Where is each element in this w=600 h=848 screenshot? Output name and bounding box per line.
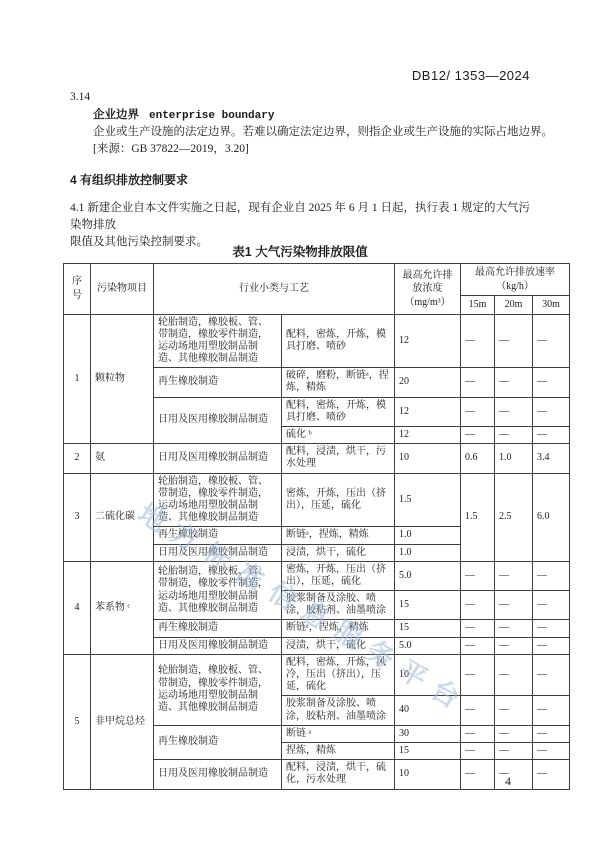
table-body-cell: — xyxy=(533,760,570,789)
table-body-cell: 10 xyxy=(395,654,461,696)
table-body-cell: 断链ᵃ，捏炼，精炼 xyxy=(282,620,395,637)
table-body-row: 1颗粒物轮胎制造，橡胶板、管、带制造，橡胶零件制造，运动场地用塑胶制品制造、其他… xyxy=(64,314,570,368)
table-title: 表1 大气污染物排放限值 xyxy=(0,242,600,260)
table-body-cell: — xyxy=(461,561,495,590)
table-body-cell: 4 xyxy=(64,561,91,654)
table-body-cell: — xyxy=(461,314,495,368)
table-body-cell: — xyxy=(495,696,533,725)
table-body-row: 2氨日用及医用橡胶制品制造配料，浸渍，烘干，污水处理100.61.03.4 xyxy=(64,444,570,473)
page-number: 4 xyxy=(505,774,511,789)
table-body-cell: 1 xyxy=(64,314,91,444)
table-body-cell: 2.5 xyxy=(495,473,533,561)
table-body-cell: 5.0 xyxy=(395,561,461,590)
table-body-cell: 15 xyxy=(395,742,461,759)
table-body-cell: 再生橡胶制造 xyxy=(154,620,282,637)
table-body-cell: 捏炼，精炼 xyxy=(282,742,395,759)
table-body-cell: 再生橡胶制造 xyxy=(154,368,282,397)
table-header-cell: 最高允许排放速率 （kg/h） xyxy=(461,264,570,296)
term-definition: 企业或生产设施的法定边界。若难以确定法定边界，则指企业或生产设施的实际占地边界。 xyxy=(93,123,553,139)
limits-table-body: 序号污染物项目行业小类与工艺最高允许排 放浓度 （mg/m³）最高允许排放速率 … xyxy=(64,264,570,790)
table-body-cell: — xyxy=(495,561,533,590)
table-body-cell: 配料，浸渍，烘干，硫化，污水处理 xyxy=(282,760,395,789)
table-body-cell: — xyxy=(461,427,495,444)
doc-number: DB12/ 1353—2024 xyxy=(412,68,530,83)
table-body-cell: 1.0 xyxy=(395,544,461,561)
table-header-cell: 序号 xyxy=(64,264,91,315)
table-header-cell: 20m xyxy=(495,296,533,315)
table-body-cell: 二硫化碳 xyxy=(91,473,154,561)
table-body-row: 5非甲烷总烃轮胎制造，橡胶板、管、带制造，橡胶零件制造，运动场地用塑胶制品制造、… xyxy=(64,654,570,696)
table-body-cell: 6.0 xyxy=(533,473,570,561)
document-page: DB12/ 1353—2024 3.14 企业边界enterprise boun… xyxy=(0,0,600,848)
table-body-cell: 1.5 xyxy=(395,473,461,527)
table-body-cell: — xyxy=(461,696,495,725)
table-body-cell: — xyxy=(461,397,495,426)
table-body-cell: — xyxy=(461,760,495,789)
table-body-cell: — xyxy=(461,725,495,742)
table-body-cell: 断链 ᵃ xyxy=(282,725,395,742)
table-body-cell: 浸渍，烘干，硫化 xyxy=(282,637,395,654)
table-body-cell: — xyxy=(461,591,495,620)
table-body-cell: 密炼，开炼，压出（挤出），压延，硫化 xyxy=(282,561,395,590)
table-body-cell: — xyxy=(533,368,570,397)
table-body-cell: — xyxy=(495,314,533,368)
table-body-cell: 配料，密炼，开炼，模具打磨、喷砂 xyxy=(282,397,395,426)
table-body-cell: 再生橡胶制造 xyxy=(154,527,282,544)
table-body-cell: 配料，密炼，开炼，模具打磨、喷砂 xyxy=(282,314,395,368)
table-body-cell: 12 xyxy=(395,427,461,444)
source-note: [来源：GB 37822—2019，3.20] xyxy=(93,140,249,156)
table-body-cell: 1.0 xyxy=(395,527,461,544)
table-header-cell: 15m xyxy=(461,296,495,315)
table-body-cell: 日用及医用橡胶制品制造 xyxy=(154,637,282,654)
table-header-cell: 最高允许排 放浓度 （mg/m³） xyxy=(395,264,461,315)
table-body-cell: — xyxy=(533,725,570,742)
table-body-cell: 10 xyxy=(395,760,461,789)
table-body-cell: 1.5 xyxy=(461,473,495,561)
table-body-cell: — xyxy=(533,397,570,426)
table-body-cell: 3 xyxy=(64,473,91,561)
table-body-cell: — xyxy=(533,620,570,637)
table-body-cell: 非甲烷总烃 xyxy=(91,654,154,789)
table-body-cell: 1.0 xyxy=(495,444,533,473)
table-body-cell: 10 xyxy=(395,444,461,473)
table-body-cell: 日用及医用橡胶制品制造 xyxy=(154,444,282,473)
table-body-cell: 配料，密炼，开炼，风冷，压出（挤出），压延，硫化 xyxy=(282,654,395,696)
table-body-cell: 12 xyxy=(395,314,461,368)
table-body-cell: 日用及医用橡胶制品制造 xyxy=(154,397,282,444)
term-en: enterprise boundary xyxy=(149,110,274,122)
table-body-row: 4苯系物 ᶜ轮胎制造，橡胶板、管、带制造，橡胶零件制造，运动场地用塑胶制品制造、… xyxy=(64,561,570,590)
table-body-cell: 胶浆制备及涂胶、喷涂，胶粘剂、油墨喷涂 xyxy=(282,696,395,725)
table-body-row: 3二硫化碳轮胎制造，橡胶板、管、带制造，橡胶零件制造，运动场地用塑胶制品制造、其… xyxy=(64,473,570,527)
table-body-cell: — xyxy=(495,760,533,789)
table-body-cell: 30 xyxy=(395,725,461,742)
clause-4-1-line1: 4.1 新建企业自本文件实施之日起，现有企业自 2025 年 6 月 1 日起，… xyxy=(70,202,530,231)
table-body-cell: 15 xyxy=(395,591,461,620)
table-body-cell: 日用及医用橡胶制品制造 xyxy=(154,760,282,789)
table-body-cell: 氨 xyxy=(91,444,154,473)
table-body-cell: 20 xyxy=(395,368,461,397)
table-body-cell: — xyxy=(495,620,533,637)
table-body-cell: — xyxy=(461,742,495,759)
table-body-cell: 苯系物 ᶜ xyxy=(91,561,154,654)
table-body-cell: 密炼，开炼，压出（挤出），压延，硫化 xyxy=(282,473,395,527)
limits-table: 序号污染物项目行业小类与工艺最高允许排 放浓度 （mg/m³）最高允许排放速率 … xyxy=(63,263,570,790)
table-body-cell: — xyxy=(461,654,495,696)
table-body-cell: — xyxy=(495,591,533,620)
table-body-cell: — xyxy=(495,654,533,696)
table-body-cell: 再生橡胶制造 xyxy=(154,725,282,759)
table-body-cell: — xyxy=(495,637,533,654)
table-body-cell: 15 xyxy=(395,620,461,637)
table-body-cell: — xyxy=(533,591,570,620)
clause-number: 3.14 xyxy=(70,91,90,103)
table-body-cell: 硫化 ᵇ xyxy=(282,427,395,444)
table-body-cell: 轮胎制造，橡胶板、管、带制造，橡胶零件制造，运动场地用塑胶制品制造、其他橡胶制品… xyxy=(154,561,282,620)
table-body-cell: — xyxy=(461,620,495,637)
table-body-cell: 轮胎制造，橡胶板、管、带制造，橡胶零件制造，运动场地用塑胶制品制造、其他橡胶制品… xyxy=(154,314,282,368)
table-body-cell: — xyxy=(533,696,570,725)
table-body-cell: 断链ᵃ，捏炼，精炼 xyxy=(282,527,395,544)
term-heading: 企业边界enterprise boundary xyxy=(93,106,274,122)
table-body-cell: — xyxy=(495,725,533,742)
table-body-cell: — xyxy=(533,654,570,696)
table-body-cell: 0.6 xyxy=(461,444,495,473)
table-body-cell: 40 xyxy=(395,696,461,725)
table-body-cell: 5 xyxy=(64,654,91,789)
table-body-cell: — xyxy=(495,368,533,397)
table-body-cell: 轮胎制造，橡胶板、管、带制造，橡胶零件制造，运动场地用塑胶制品制造、其他橡胶制品… xyxy=(154,654,282,725)
table-body-cell: 颗粒物 xyxy=(91,314,154,444)
table-body-cell: — xyxy=(495,742,533,759)
table-body-cell: — xyxy=(461,637,495,654)
table-header-cell: 30m xyxy=(533,296,570,315)
table-body-cell: 3.4 xyxy=(533,444,570,473)
table-body-cell: 日用及医用橡胶制品制造 xyxy=(154,544,282,561)
table-header-row: 序号污染物项目行业小类与工艺最高允许排 放浓度 （mg/m³）最高允许排放速率 … xyxy=(64,264,570,296)
table-body-cell: 轮胎制造，橡胶板、管、带制造，橡胶零件制造，运动场地用塑胶制品制造、其他橡胶制品… xyxy=(154,473,282,527)
table-body-cell: — xyxy=(533,427,570,444)
table-body-cell: — xyxy=(533,561,570,590)
table-body-cell: 破碎，磨粉，断链ᵃ，捏炼，精炼 xyxy=(282,368,395,397)
table-body-cell: — xyxy=(461,368,495,397)
table-body-cell: — xyxy=(495,397,533,426)
table-body-cell: 2 xyxy=(64,444,91,473)
table-body-cell: 配料，浸渍，烘干，污水处理 xyxy=(282,444,395,473)
table-body-cell: 胶浆制备及涂胶、喷涂，胶粘剂、油墨喷涂 xyxy=(282,591,395,620)
section-4-heading: 4 有组织排放控制要求 xyxy=(70,171,188,188)
table-body-cell: — xyxy=(533,314,570,368)
table-body-cell: — xyxy=(533,637,570,654)
table-body-cell: 5.0 xyxy=(395,637,461,654)
term-zh: 企业边界 xyxy=(93,109,139,121)
table-body-cell: 浸渍，烘干，硫化 xyxy=(282,544,395,561)
table-body-cell: — xyxy=(533,742,570,759)
table-body-cell: 12 xyxy=(395,397,461,426)
table-body-cell: — xyxy=(495,427,533,444)
table-header-cell: 污染物项目 xyxy=(91,264,154,315)
table-header-cell: 行业小类与工艺 xyxy=(154,264,395,315)
